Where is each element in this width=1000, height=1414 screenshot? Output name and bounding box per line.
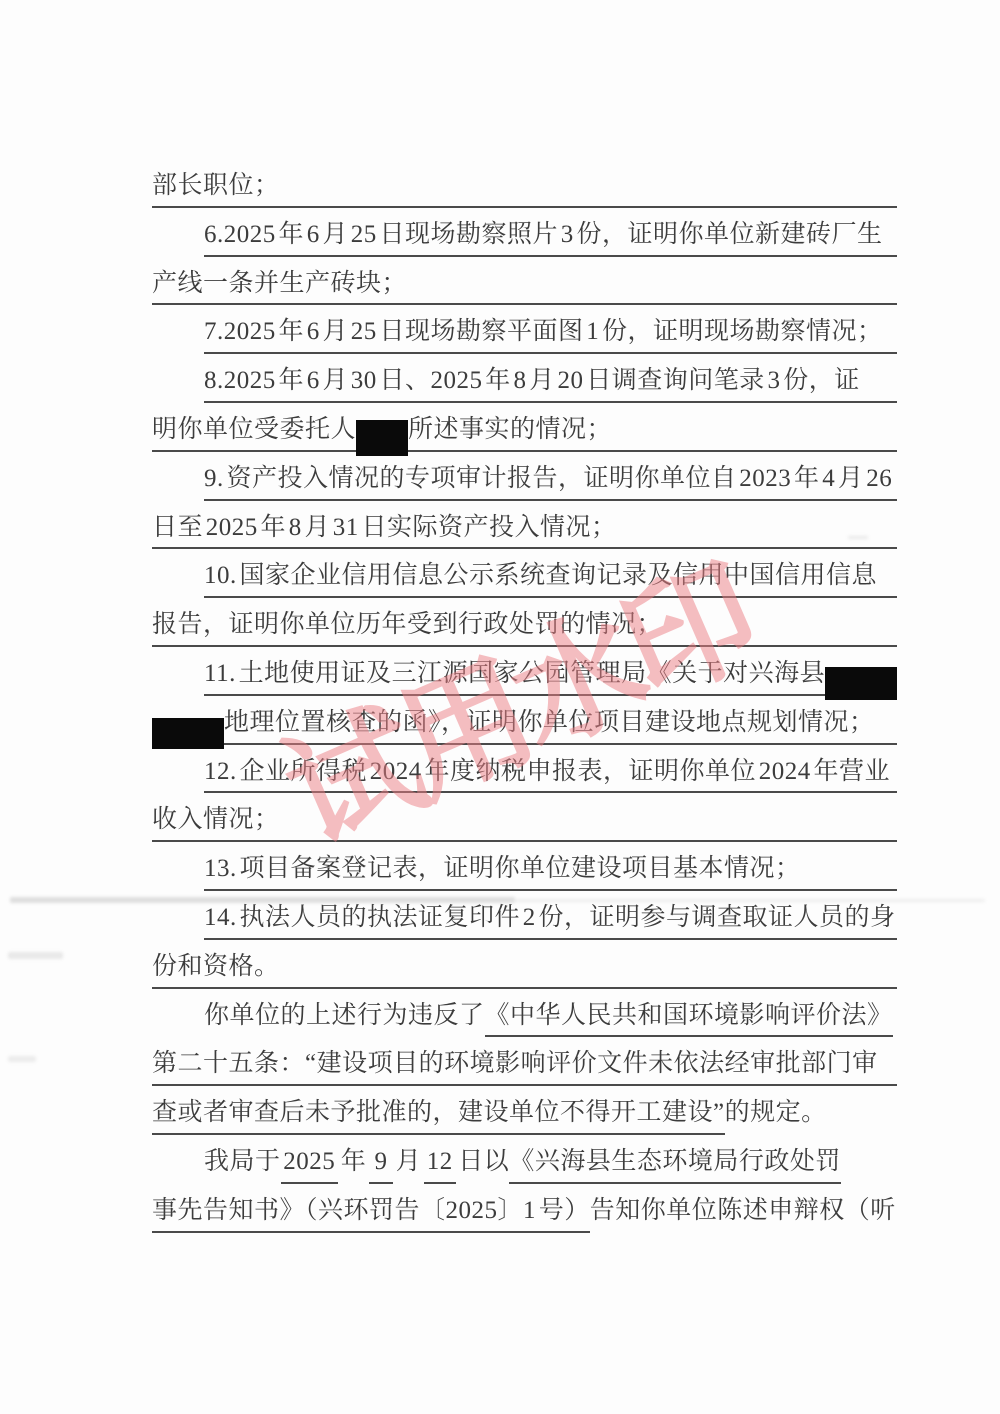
line-text: 收入情况； xyxy=(152,806,280,842)
underline-fill xyxy=(280,977,897,989)
underline-fill xyxy=(280,196,897,208)
document-line: 8.2025 年 6 月 30 日、2025 年 8 月 20 日调查询问笔录 … xyxy=(152,354,897,403)
line-text: 我局于 xyxy=(204,1148,281,1184)
line-text: 份和资格。 xyxy=(152,953,280,989)
line-text: 7.2025 年 6 月 25 日现场勘察平面图 1 份，证明现场勘察情况； xyxy=(204,318,883,354)
line-text: 所述事实的情况； xyxy=(408,416,612,452)
line-text: 明你单位受委托人 xyxy=(152,416,356,452)
line-text: 2025 xyxy=(281,1148,339,1184)
line-text: 年 xyxy=(338,1148,369,1184)
line-text: 13. 项目备案登记表，证明你单位建设项目基本情况； xyxy=(204,855,801,891)
underline-fill xyxy=(878,1074,897,1086)
document-line: 11. 土地使用证及三江源国家公园管理局《关于对兴海县 xyxy=(152,647,897,696)
redaction-box xyxy=(152,718,224,749)
document-line: 10. 国家企业信用信息公示系统查询记录及信用中国信用信息 xyxy=(152,549,897,598)
line-text: 11. 土地使用证及三江源国家公园管理局《关于对兴海县 xyxy=(204,660,825,696)
underline-fill xyxy=(407,293,897,305)
document-line: 份和资格。 xyxy=(152,940,897,989)
document-line: 产线一条并生产砖块； xyxy=(152,257,897,306)
scan-smudge-artifact xyxy=(10,897,515,903)
document-body: 部长职位；6.2025 年 6 月 25 日现场勘察照片 3 份，证明你单位新建… xyxy=(152,159,897,1233)
scan-smudge-artifact xyxy=(8,1056,36,1062)
underline-fill xyxy=(877,586,897,598)
scan-smudge-artifact xyxy=(8,952,63,959)
line-text: 《兴海县生态环境局行政处罚 xyxy=(509,1148,841,1184)
document-line: 日至 2025 年 8 月 31 日实际资产投入情况； xyxy=(152,501,897,550)
scan-smudge-artifact xyxy=(848,536,868,539)
underline-fill xyxy=(280,830,897,842)
underline-fill xyxy=(896,928,897,940)
line-text: 你单位的上述行为违反了 xyxy=(204,1002,485,1038)
scanned-document-page: { "page": { "background": "#fdfdfd", "te… xyxy=(0,0,1000,1414)
scan-smudge-artifact xyxy=(515,899,985,902)
redaction-box xyxy=(825,667,897,700)
document-line: 你单位的上述行为违反了《中华人民共和国环境影响评价法》 xyxy=(152,989,897,1038)
document-line: 12. 企业所得税 2024 年度纳税申报表，证明你单位 2024 年营业 xyxy=(152,745,897,794)
underline-fill xyxy=(890,781,897,793)
document-line: 报告，证明你单位历年受到行政处罚的情况； xyxy=(152,598,897,647)
document-page: 部长职位；6.2025 年 6 月 25 日现场勘察照片 3 份，证明你单位新建… xyxy=(0,0,1000,1414)
document-line: 明你单位受委托人所述事实的情况； xyxy=(152,403,897,452)
document-line: 9. 资产投入情况的专项审计报告，证明你单位自 2023 年 4 月 26 xyxy=(152,452,897,501)
underline-fill xyxy=(801,879,897,891)
line-text: 月 xyxy=(393,1148,424,1184)
document-line: 6.2025 年 6 月 25 日现场勘察照片 3 份，证明你单位新建砖厂生 xyxy=(152,208,897,257)
document-line: 事先告知书》（兴环罚告〔2025〕1 号）告知你单位陈述申辩权（听 xyxy=(152,1184,897,1233)
line-text: 日至 2025 年 8 月 31 日实际资产投入情况； xyxy=(152,514,617,550)
underline-fill xyxy=(883,342,897,354)
line-text: 日以 xyxy=(456,1148,510,1184)
line-text: 事先告知书》（兴环罚告〔2025〕1 号） xyxy=(152,1197,590,1233)
redaction-box xyxy=(356,420,408,456)
line-text: 9 xyxy=(369,1148,393,1184)
line-text: 6.2025 年 6 月 25 日现场勘察照片 3 份，证明你单位新建砖厂生 xyxy=(204,221,883,257)
line-text: 12. 企业所得税 2024 年度纳税申报表，证明你单位 2024 年营业 xyxy=(204,758,890,794)
line-text: 告知你单位陈述申辩权（听 xyxy=(590,1197,896,1233)
underline-fill xyxy=(617,537,897,549)
document-line: 第二十五条：“建设项目的环境影响评价文件未依法经审批部门审 xyxy=(152,1037,897,1086)
underline-fill xyxy=(892,489,897,501)
underline-fill xyxy=(883,245,897,257)
line-text: 第二十五条：“建设项目的环境影响评价文件未依法经审批部门审 xyxy=(152,1050,878,1086)
underline-fill xyxy=(612,440,897,452)
document-line: 7.2025 年 6 月 25 日现场勘察平面图 1 份，证明现场勘察情况； xyxy=(152,305,897,354)
document-line: 收入情况； xyxy=(152,793,897,842)
line-text: 8.2025 年 6 月 30 日、2025 年 8 月 20 日调查询问笔录 … xyxy=(204,367,860,403)
document-line: 查或者审查后未予批准的，建设单位不得开工建设”的规定。 xyxy=(152,1086,897,1135)
line-text: 的规定。 xyxy=(725,1099,827,1135)
line-text: 《中华人民共和国环境影响评价法》 xyxy=(485,1002,893,1038)
document-line: 部长职位； xyxy=(152,159,897,208)
line-text: 10. 国家企业信用信息公示系统查询记录及信用中国信用信息 xyxy=(204,562,877,598)
document-line: 我局于 2025 年 9 月 12 日以《兴海县生态环境局行政处罚 xyxy=(152,1135,897,1184)
line-text: 部长职位； xyxy=(152,172,280,208)
underline-fill xyxy=(860,391,897,403)
line-text: 产线一条并生产砖块； xyxy=(152,270,407,306)
line-text: 报告，证明你单位历年受到行政处罚的情况； xyxy=(152,611,662,647)
line-text: 9. 资产投入情况的专项审计报告，证明你单位自 2023 年 4 月 26 xyxy=(204,465,892,501)
document-line: 13. 项目备案登记表，证明你单位建设项目基本情况； xyxy=(152,842,897,891)
underline-fill xyxy=(662,635,897,647)
line-text: 查或者审查后未予批准的，建设单位不得开工建设” xyxy=(152,1099,725,1135)
line-text: 地理位置核查的函》，证明你单位项目建设地点规划情况； xyxy=(224,709,875,745)
underline-fill xyxy=(875,733,897,745)
line-text: 12 xyxy=(424,1148,456,1184)
line-text: 14. 执法人员的执法证复印件 2 份，证明参与调查取证人员的身 xyxy=(204,904,896,940)
document-line: 地理位置核查的函》，证明你单位项目建设地点规划情况； xyxy=(152,696,897,745)
